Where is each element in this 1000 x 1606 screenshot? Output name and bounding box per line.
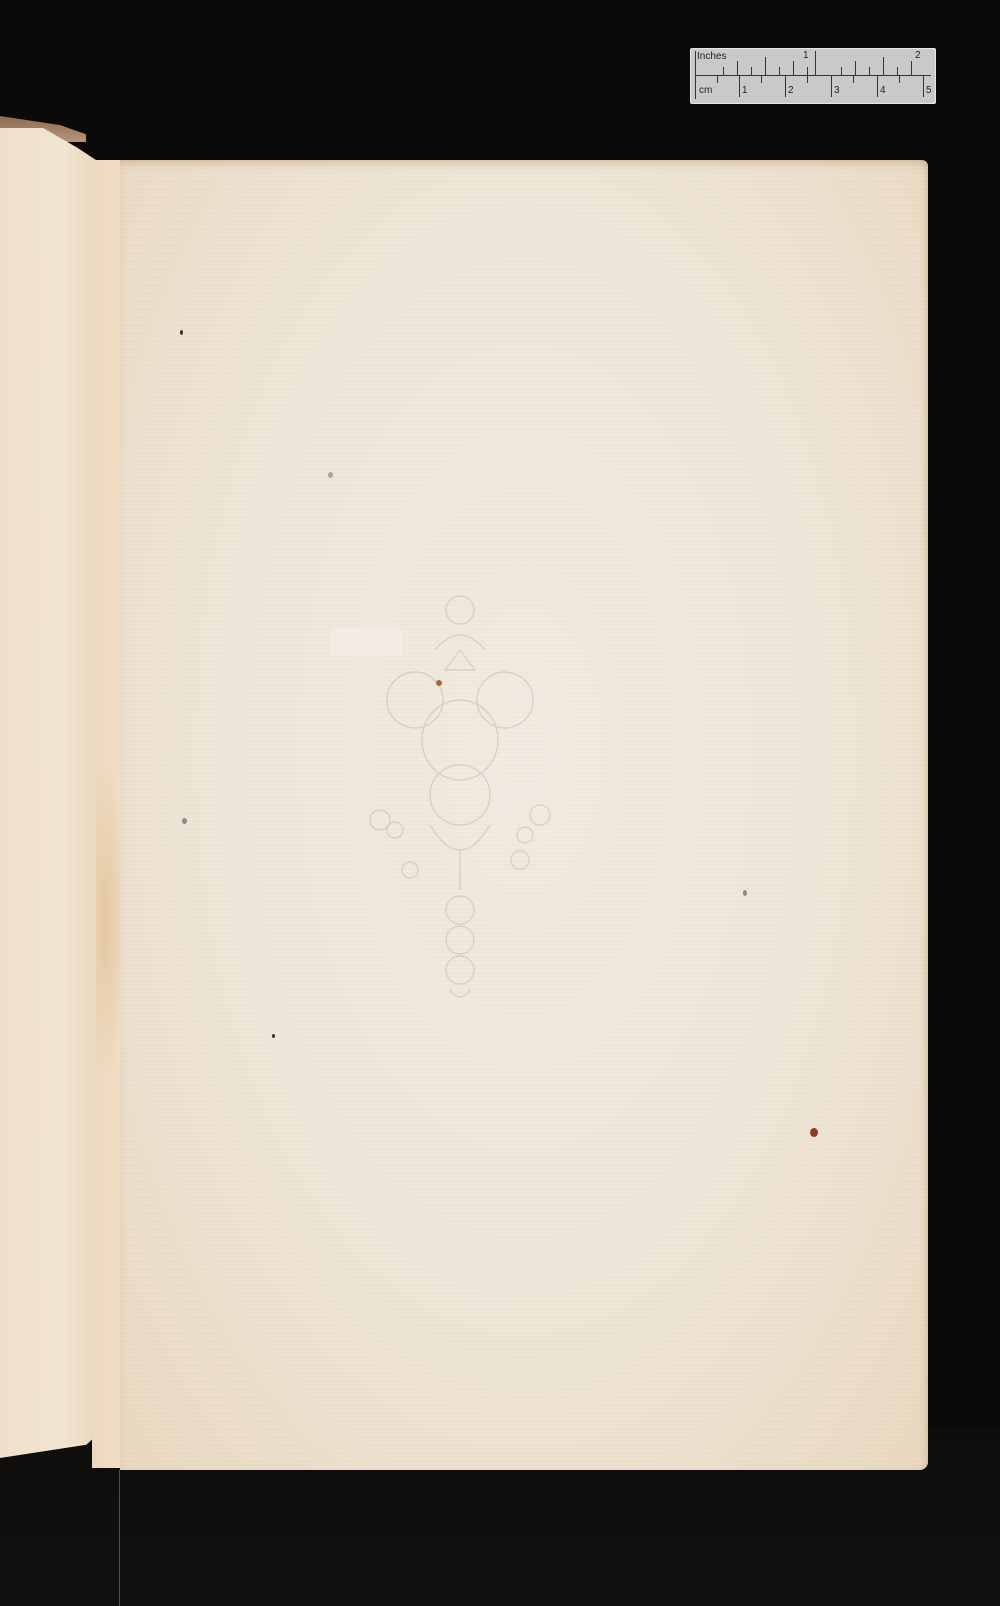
foxing-spot bbox=[810, 1128, 818, 1137]
ruler-tick bbox=[853, 75, 854, 83]
ruler-cm-5: 5 bbox=[926, 86, 932, 96]
ruler-tick bbox=[793, 61, 794, 75]
foxing-spot bbox=[436, 680, 442, 686]
ruler-cm-3: 3 bbox=[834, 86, 840, 96]
ruler-tick bbox=[911, 61, 912, 75]
scale-ruler: Inches 1 2 cm 1 2 3 4 5 bbox=[690, 48, 936, 104]
ruler-tick bbox=[695, 51, 696, 99]
ruler-tick bbox=[897, 67, 898, 75]
foxing-spot bbox=[272, 1034, 275, 1038]
ruler-tick bbox=[899, 75, 900, 83]
ruler-tick bbox=[737, 61, 738, 75]
ruler-tick bbox=[841, 67, 842, 75]
ruler-tick bbox=[739, 75, 740, 97]
ruler-tick bbox=[807, 75, 808, 83]
ruler-cm-2: 2 bbox=[788, 86, 794, 96]
ruler-tick bbox=[717, 75, 718, 83]
ruler-tick bbox=[831, 75, 832, 97]
ruler-tick bbox=[723, 67, 724, 75]
ruler-tick bbox=[869, 67, 870, 75]
ruler-tick bbox=[751, 67, 752, 75]
ruler-cm-4: 4 bbox=[880, 86, 886, 96]
foxing-spot bbox=[182, 818, 187, 824]
foxing-spot bbox=[328, 472, 333, 478]
ruler-tick bbox=[785, 75, 786, 97]
ruler-tick bbox=[807, 67, 808, 75]
ruler-inches-label: Inches bbox=[697, 52, 726, 62]
ruler-tick bbox=[855, 61, 856, 75]
ruler-tick bbox=[815, 51, 816, 75]
backdrop-seam bbox=[119, 1470, 120, 1606]
ruler-inch-1: 1 bbox=[803, 51, 809, 61]
ruler-axis bbox=[695, 75, 931, 76]
ruler-tick bbox=[779, 67, 780, 75]
foxing-spot bbox=[180, 330, 183, 335]
ruler-cm-1: 1 bbox=[742, 86, 748, 96]
ruler-tick bbox=[923, 75, 924, 97]
ruler-tick bbox=[883, 57, 884, 75]
foxing-spot bbox=[743, 890, 747, 896]
ruler-inch-2: 2 bbox=[915, 51, 921, 61]
ruler-tick bbox=[761, 75, 762, 83]
ruler-tick bbox=[765, 57, 766, 75]
watermark-device bbox=[355, 590, 565, 1010]
ruler-cm-label: cm bbox=[699, 86, 712, 96]
ruler-tick bbox=[877, 75, 878, 97]
